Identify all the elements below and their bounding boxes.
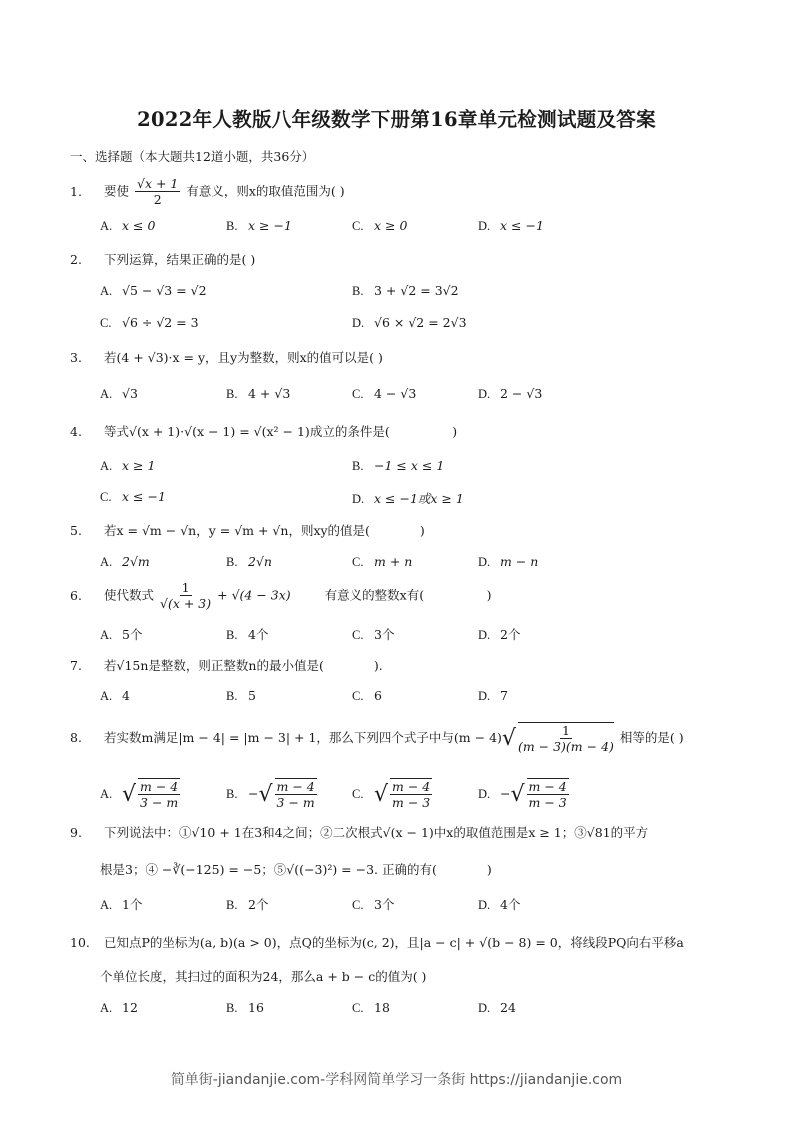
option-d: D.−√m − 4m − 3 [478,778,571,811]
option-c: C.x ≤ −1 [100,489,166,505]
option-b: B.−1 ≤ x ≤ 1 [352,458,444,474]
question-8: 8. 若实数m满足|m − 4| = |m − 3| + 1，那么下列四个式子中… [70,722,684,755]
question-text-line-1: 已知点P的坐标为(a, b)(a > 0)，点Q的坐标为(c, 2)，且|a −… [104,935,684,950]
option-d: D.x ≤ −1 [478,218,544,234]
option-d: D.m − n [478,554,538,570]
option-a: A.√m − 43 − m [100,778,182,811]
question-text: 若(4 + √3)·x = y，且y为整数，则x的值可以是( ) [104,350,383,365]
option-d: D.4个 [478,895,520,913]
question-text: 若√15n是整数，则正整数n的最小值是( ). [104,658,383,673]
question-4: 4. 等式√(x + 1)·√(x − 1) = √(x² − 1)成立的条件是… [70,422,457,440]
option-c: C.x ≥ 0 [352,218,407,234]
question-1: 1. 要使 √x + 1 2 有意义，则x的取值范围为( ) [70,176,345,208]
question-6: 6. 使代数式 1 √(x + 3) + √(4 − 3x) 有意义的整数x有(… [70,580,491,612]
option-c: C.3个 [352,895,394,913]
math-fraction: 1 (m − 3)(m − 4) [518,722,614,755]
option-b: B.x ≥ −1 [226,218,292,234]
math-fraction: √x + 1 2 [135,176,180,208]
question-text: 若x = √m − √n，y = √m + √n，则xy的值是( ) [104,523,425,538]
question-text: 等式√(x + 1)·√(x − 1) = √(x² − 1)成立的条件是( ) [104,424,457,439]
option-c: C.3个 [352,625,394,643]
question-7: 7. 若√15n是整数，则正整数n的最小值是( ). [70,656,383,674]
question-text: 若实数m满足|m − 4| = |m − 3| + 1，那么下列四个式子中与(m… [104,730,502,745]
math-expression: + √(4 − 3x) [217,588,291,603]
question-10: 10. 已知点P的坐标为(a, b)(a > 0)，点Q的坐标为(c, 2)，且… [70,933,684,951]
footer-watermark: 简单街-jiandanjie.com-学科网简单学习一条街 https://ji… [0,1069,793,1089]
option-b: B.2个 [226,895,268,913]
option-c: C.4 − √3 [352,386,416,402]
option-c: C.18 [352,1000,390,1016]
question-9: 9. 下列说法中：①√10 + 1在3和4之间；②二次根式√(x − 1)中x的… [70,823,648,841]
question-3: 3. 若(4 + √3)·x = y，且y为整数，则x的值可以是( ) [70,348,383,366]
option-a: A.1个 [100,895,142,913]
document-title: 2022年人教版八年级数学下册第16章单元检测试题及答案 [0,104,793,132]
option-a: A.4 [100,688,130,704]
sqrt-icon: √ [502,726,516,751]
option-d: D.7 [478,688,508,704]
question-5: 5. 若x = √m − √n，y = √m + √n，则xy的值是( ) [70,521,425,539]
option-d: D.24 [478,1000,516,1016]
question-text: 有意义的整数x有( ) [325,588,492,603]
option-b: B.4个 [226,625,268,643]
option-a: A.√3 [100,386,138,402]
option-c: C.m + n [352,554,412,570]
question-9-line-2: 根是3；④ −∛(−125) = −5；⑤√((−3)²) = −3. 正确的有… [100,860,492,878]
option-d: D.√6 × √2 = 2√3 [352,315,467,331]
question-text: 有意义，则x的取值范围为( ) [186,184,344,199]
math-fraction: 1 √(x + 3) [160,580,211,612]
option-a: A.5个 [100,625,142,643]
option-c: C.6 [352,688,382,704]
question-text: 下列运算，结果正确的是( ) [104,252,255,267]
option-c: C.√6 ÷ √2 = 3 [100,315,199,331]
option-d: D.2个 [478,625,520,643]
option-b: B.3 + √2 = 3√2 [352,283,459,299]
option-d: D.x ≤ −1或x ≥ 1 [352,489,464,507]
question-2: 2. 下列运算，结果正确的是( ) [70,250,255,268]
option-a: A.√5 − √3 = √2 [100,283,207,299]
option-c: C.√m − 4m − 3 [352,778,434,811]
question-10-line-2: 个单位长度，其扫过的面积为24，那么a + b − c的值为( ) [100,967,426,985]
option-a: A.2√m [100,554,150,570]
option-b: B.4 + √3 [226,386,290,402]
question-text: 要使 [104,184,129,199]
option-a: A.12 [100,1000,138,1016]
option-b: B.16 [226,1000,264,1016]
question-text: 使代数式 [104,588,154,603]
option-b: B.5 [226,688,256,704]
question-number: 1. [70,184,100,199]
section-heading: 一、选择题（本大题共12道小题，共36分） [70,147,314,165]
option-b: B.2√n [226,554,272,570]
question-text: 相等的是( ) [620,730,684,745]
option-b: B.−√m − 43 − m [226,778,319,811]
option-a: A.x ≤ 0 [100,218,155,234]
option-a: A.x ≥ 1 [100,458,155,474]
question-text-line-1: 下列说法中：①√10 + 1在3和4之间；②二次根式√(x − 1)中x的取值范… [104,825,648,840]
option-d: D.2 − √3 [478,386,542,402]
